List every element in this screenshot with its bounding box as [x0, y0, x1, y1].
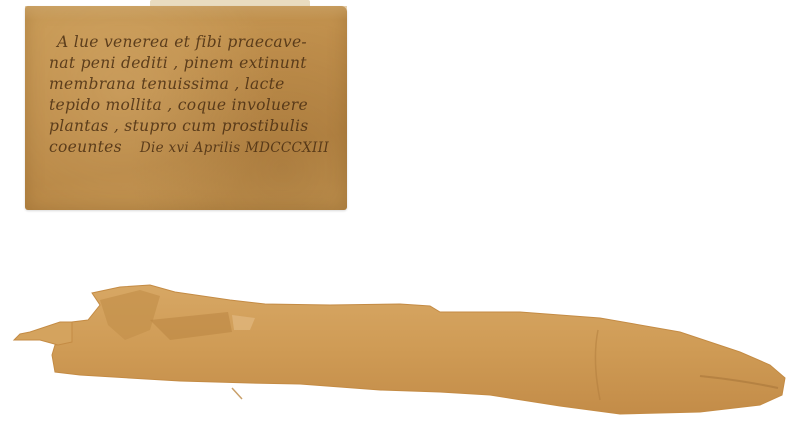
membrane-body — [52, 285, 785, 414]
inscription-line: tepido mollita , coque involuere — [49, 95, 339, 116]
membrane-thread — [232, 388, 242, 399]
inscription-line: nat peni dediti , pinem extinunt — [49, 53, 339, 74]
envelope: A lue venerea et fibi praecave- nat peni… — [25, 6, 347, 210]
inscription-line: coeuntes — [49, 138, 122, 156]
inscription-line-last: coeuntesDie xvi Aprilis MDCCCXIII — [49, 137, 339, 159]
inscription-line: membrana tenuissima , lacte — [49, 74, 339, 95]
inscription-line: A lue venerea et fibi praecave- — [49, 32, 339, 53]
photograph: A lue venerea et fibi praecave- nat peni… — [0, 0, 798, 423]
membrane-frayed-end — [14, 322, 72, 345]
inscription-date: Die xvi Aprilis MDCCCXIII — [140, 140, 329, 156]
membrane-artifact — [0, 270, 798, 423]
inscription-line: plantas , stupro cum prostibulis — [49, 116, 339, 137]
handwritten-inscription: A lue venerea et fibi praecave- nat peni… — [49, 32, 339, 159]
